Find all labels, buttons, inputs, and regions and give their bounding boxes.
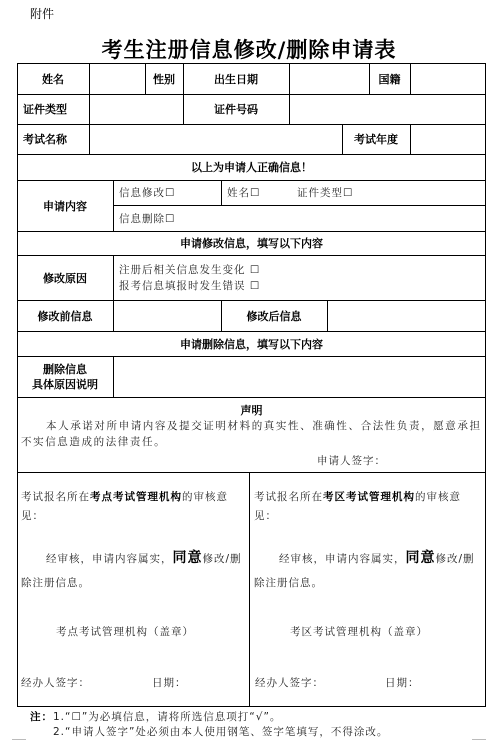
delete-reason-label: 删除信息 具体原因说明 (17, 356, 113, 397)
review-right-org: 考区考试管理机构 (323, 491, 415, 503)
review-right-prefix: 考试报名所在 (254, 491, 323, 503)
review-left-approval: 经审核，申请内容属实，同意修改/删除注册信息。 (21, 546, 246, 595)
col-divider (249, 472, 250, 706)
declaration-title: 声明 (17, 402, 486, 418)
review-left-stamp: 考点考试管理机构（盖章） (56, 624, 194, 639)
delete-option-checkbox[interactable]: 信息删除☐ (113, 205, 313, 231)
nationality-label: 国籍 (369, 63, 410, 94)
review-right-stamp: 考区考试管理机构（盖章） (290, 624, 428, 639)
page-corner-mark (472, 739, 486, 740)
notes-label: 注： (30, 709, 53, 724)
delete-section-heading: 申请删除信息，填写以下内容 (17, 331, 486, 356)
application-content-label: 申请内容 (17, 180, 113, 231)
birth-date-field[interactable] (290, 64, 369, 94)
review-left-agree: 同意 (173, 550, 203, 566)
table-border-bottom (17, 706, 486, 707)
review-left-prefix: 考试报名所在 (21, 491, 90, 503)
review-right-handler-label: 经办人签字： (255, 675, 324, 690)
name-option-checkbox[interactable]: 姓名☐ (221, 180, 291, 205)
reason-entry-error-checkbox[interactable]: 报考信息填报时发生错误 ☐ (119, 278, 260, 293)
review-right-approve-prefix: 经审核，申请内容属实， (279, 553, 406, 565)
before-info-label: 修改前信息 (17, 300, 113, 331)
review-right-date-label: 日期： (385, 675, 420, 690)
review-right-instruction: 考试报名所在考区考试管理机构的审核意见： (254, 488, 482, 526)
exam-year-label: 考试年度 (342, 124, 410, 154)
gender-label: 性别 (145, 63, 183, 94)
confirm-notice: 以上为申请人正确信息！ (17, 154, 486, 180)
review-left-handler-label: 经办人签字： (21, 675, 90, 690)
review-left-date-label: 日期： (152, 675, 187, 690)
nationality-field[interactable] (411, 64, 485, 94)
id-number-field[interactable] (290, 95, 485, 124)
name-label: 姓名 (17, 63, 89, 94)
modify-section-heading: 申请修改信息，填写以下内容 (17, 231, 486, 255)
delete-reason-label-line1: 删除信息 (43, 362, 87, 377)
delete-reason-label-line2: 具体原因说明 (32, 377, 98, 392)
row-divider (17, 397, 486, 398)
id-type-label: 证件类型 (17, 94, 89, 124)
name-field[interactable] (90, 64, 145, 94)
after-info-label: 修改后信息 (221, 300, 327, 331)
review-left-org: 考点考试管理机构 (90, 491, 182, 503)
id-type-option-checkbox[interactable]: 证件类型☐ (291, 180, 391, 205)
exam-year-field[interactable] (411, 125, 485, 154)
review-right-approval: 经审核，申请内容属实，同意修改/删除注册信息。 (254, 546, 482, 595)
note-1: 1.“☐”为必填信息，请将所选信息项打“√”。 (53, 709, 281, 724)
delete-reason-field[interactable] (114, 357, 485, 397)
modify-reason-label: 修改原因 (17, 255, 113, 300)
page-corner-mark (12, 739, 26, 740)
reason-info-changed-checkbox[interactable]: 注册后相关信息发生变化 ☐ (119, 262, 260, 277)
modify-option-checkbox[interactable]: 信息修改☐ (113, 180, 221, 205)
exam-name-field[interactable] (90, 125, 342, 154)
page-title: 考生注册信息修改/删除申请表 (0, 34, 498, 64)
row-divider (17, 472, 486, 473)
applicant-signature-label: 申请人签字： (317, 453, 386, 468)
after-info-field[interactable] (328, 301, 485, 331)
review-right-agree: 同意 (406, 550, 436, 566)
review-left-instruction: 考试报名所在考点考试管理机构的审核意见： (21, 488, 246, 526)
note-2: 2.“申请人签字”处必须由本人使用钢笔、签字笔填写，不得涂改。 (53, 724, 388, 739)
attachment-label: 附件 (30, 5, 54, 22)
id-number-label: 证件号码 (183, 94, 289, 124)
review-left-approve-prefix: 经审核，申请内容属实， (46, 553, 173, 565)
exam-name-label: 考试名称 (17, 124, 89, 154)
id-type-field[interactable] (90, 95, 183, 124)
declaration-body: 本人承诺对所申请内容及提交证明材料的真实性、准确性、合法性负责，愿意承担不实信息… (21, 418, 483, 450)
before-info-field[interactable] (114, 301, 221, 331)
birth-date-label: 出生日期 (183, 63, 289, 94)
